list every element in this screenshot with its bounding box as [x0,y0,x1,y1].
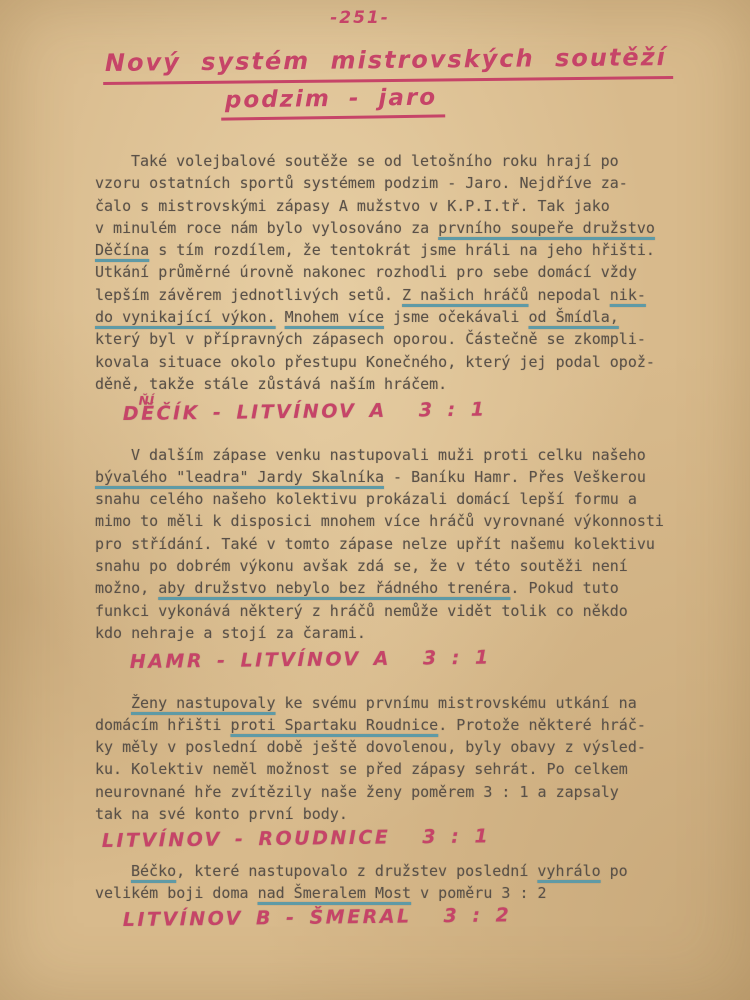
typed-line: lepším závěrem jednotlivých setů. Z naši… [95,284,705,306]
typed-paragraph: Béčko, které nastupovalo z družstev posl… [95,860,705,905]
typed-line: tak na své konto první body. [95,803,705,825]
score-team-line: LITVÍNOV B - ŠMERAL [123,906,412,932]
handwritten-score-heading: ŇÍDĚČÍK - LITVÍNOV A3 : 1 [123,396,705,425]
typed-line: neurovnané hře zvítězily naše ženy poměr… [95,781,705,803]
underlined-phrase: nad Šmeralem Most [258,884,412,902]
typed-line: kovala situace okolo přestupu Konečného,… [95,351,705,373]
team-names: DĚČÍK - LITVÍNOV A [123,400,387,425]
typed-line: snahu po dobrém výkonu avšak zdá se, že … [95,555,705,577]
score-team-line: LITVÍNOV - ROUDNICE [102,827,391,853]
typed-line: Béčko, které nastupovalo z družstev posl… [95,860,705,882]
typed-paragraph: Také volejbalové soutěže se od letošního… [95,150,705,395]
typed-line: do vynikající výkon. Mnohem více jsme oč… [95,306,705,328]
document-title: Nový systém mistrovských soutěží podzim … [103,46,603,119]
typed-text: čalo s mistrovskými zápasy A mužstvo v K… [95,197,610,215]
typed-text: domácím hřišti [95,716,230,734]
typed-text: . Pokud tuto [510,579,618,597]
typed-line: ku. Kolektiv neměl možnost se před zápas… [95,758,705,780]
match-score: 3 : 1 [422,826,490,849]
team-names: LITVÍNOV B - ŠMERAL [123,906,412,932]
typed-text: - Baníku Hamr. Přes Veškerou [384,468,646,486]
typed-text: vzoru ostatních sportů systémem podzim -… [95,174,628,192]
typed-line: Děčína s tím rozdílem, že tentokrát jsme… [95,239,705,261]
typed-line: možno, aby družstvo nebylo bez řádného t… [95,577,705,599]
typed-text: tak na své konto první body. [95,805,348,823]
typed-text: Také volejbalové soutěže se od letošního… [131,152,619,170]
handwritten-score-heading: LITVÍNOV B - ŠMERAL3 : 2 [123,902,705,931]
typed-text: možno, [95,579,158,597]
typed-line: velikém boji doma nad Šmeralem Most v po… [95,882,705,904]
typed-text: kdo nehraje a stojí za čarami. [95,624,366,642]
typed-text: kovala situace okolo přestupu Konečného,… [95,353,655,371]
typed-line: děně, takže stále zůstává naším hráčem. [95,373,705,395]
typed-body: Také volejbalové soutěže se od letošního… [95,150,705,932]
underlined-phrase: prvního soupeře družstvo [438,219,655,237]
typed-line: čalo s mistrovskými zápasy A mužstvo v K… [95,195,705,217]
typed-text: snahu po dobrém výkonu avšak zdá se, že … [95,557,628,575]
typed-line: kdo nehraje a stojí za čarami. [95,622,705,644]
typed-text: velikém boji doma [95,884,258,902]
typed-text: v poměru 3 : 2 [411,884,546,902]
match-score: 3 : 1 [419,399,487,422]
typed-line: bývalého "leadra" Jardy Skalníka - Baník… [95,466,705,488]
typed-text: s tím rozdílem, že tentokrát jsme hráli … [149,241,655,259]
score-team-line: HAMR - LITVÍNOV A [130,648,391,673]
typed-line: snahu celého našeho kolektivu prokázali … [95,488,705,510]
typed-text: který byl v přípravných zápasech oporou.… [95,330,646,348]
underlined-phrase: vyhrálo [537,862,600,880]
typed-text: snahu celého našeho kolektivu prokázali … [95,490,637,508]
typed-text [276,308,285,326]
underlined-phrase: nik- [610,286,646,304]
handwritten-score-heading: HAMR - LITVÍNOV A3 : 1 [130,644,705,673]
underlined-phrase: od Šmídla, [529,308,619,326]
typed-line: ky měly v poslední době ještě dovolenou,… [95,736,705,758]
match-score: 3 : 1 [423,647,491,670]
page-number: -251- [0,8,720,28]
typed-text: funkci vykonává některý z hráčů nemůže v… [95,602,628,620]
underlined-phrase: Béčko [131,862,176,880]
score-team-line: ŇÍDĚČÍK - LITVÍNOV A [123,400,387,426]
typed-line: Také volejbalové soutěže se od letošního… [95,150,705,172]
typed-text: ky měly v poslední době ještě dovolenou,… [95,738,646,756]
typed-text: , které nastupovalo z družstev poslední [176,862,537,880]
underlined-phrase: Děčína [95,241,149,259]
team-names: HAMR - LITVÍNOV A [130,648,391,673]
typed-text: mimo to měli k disposici mnohem více hrá… [95,512,664,530]
typed-line: mimo to měli k disposici mnohem více hrá… [95,510,705,532]
typed-paragraph: Ženy nastupovaly ke svému prvnímu mistro… [95,692,705,826]
typed-text: ke svému prvnímu mistrovskému utkání na [276,694,637,712]
typed-paragraph: V dalším zápase venku nastupovali muži p… [95,444,705,645]
typed-text: V dalším zápase venku nastupovali muži p… [131,446,646,464]
typed-text: . Protože některé hráč- [438,716,646,734]
underlined-phrase: Ženy nastupovaly [131,694,276,712]
typed-line: domácím hřišti proti Spartaku Roudnice. … [95,714,705,736]
title-line-2: podzim - jaro [221,84,446,120]
title-line-1: Nový systém mistrovských soutěží [103,43,673,85]
handwritten-correction: ŇÍ [139,390,156,412]
match-score: 3 : 2 [443,904,511,927]
typed-text: lepším závěrem jednotlivých setů. [95,286,402,304]
typed-line: Utkání průměrné úrovně nakonec rozhodli … [95,261,705,283]
typed-text: Utkání průměrné úrovně nakonec rozhodli … [95,263,637,281]
typed-text: pro střídání. Také v tomto zápase nelze … [95,535,655,553]
typed-text: neurovnané hře zvítězily naše ženy poměr… [95,783,619,801]
typed-text: v minulém roce nám bylo vylosováno za [95,219,438,237]
typed-line: vzoru ostatních sportů systémem podzim -… [95,172,705,194]
underlined-phrase: bývalého "leadra" Jardy Skalníka [95,468,384,486]
typed-text: nepodal [528,286,609,304]
team-names: LITVÍNOV - ROUDNICE [102,827,391,853]
typed-line: pro střídání. Také v tomto zápase nelze … [95,533,705,555]
typed-line: v minulém roce nám bylo vylosováno za pr… [95,217,705,239]
underlined-phrase: proti Spartaku Roudnice [230,716,438,734]
typed-text: ku. Kolektiv neměl možnost se před zápas… [95,760,628,778]
typed-line: který byl v přípravných zápasech oporou.… [95,328,705,350]
typed-text: po [601,862,628,880]
typed-line: V dalším zápase venku nastupovali muži p… [95,444,705,466]
underlined-phrase: do vynikající výkon. [95,308,276,326]
typed-text: jsme očekávali [384,308,529,326]
underlined-phrase: Mnohem více [285,308,384,326]
underlined-phrase: Z našich hráčů [402,286,528,304]
typed-line: Ženy nastupovaly ke svému prvnímu mistro… [95,692,705,714]
typed-line: funkci vykonává některý z hráčů nemůže v… [95,600,705,622]
underlined-phrase: aby družstvo nebylo bez řádného trenéra [158,579,510,597]
handwritten-score-heading: LITVÍNOV - ROUDNICE3 : 1 [102,823,705,853]
